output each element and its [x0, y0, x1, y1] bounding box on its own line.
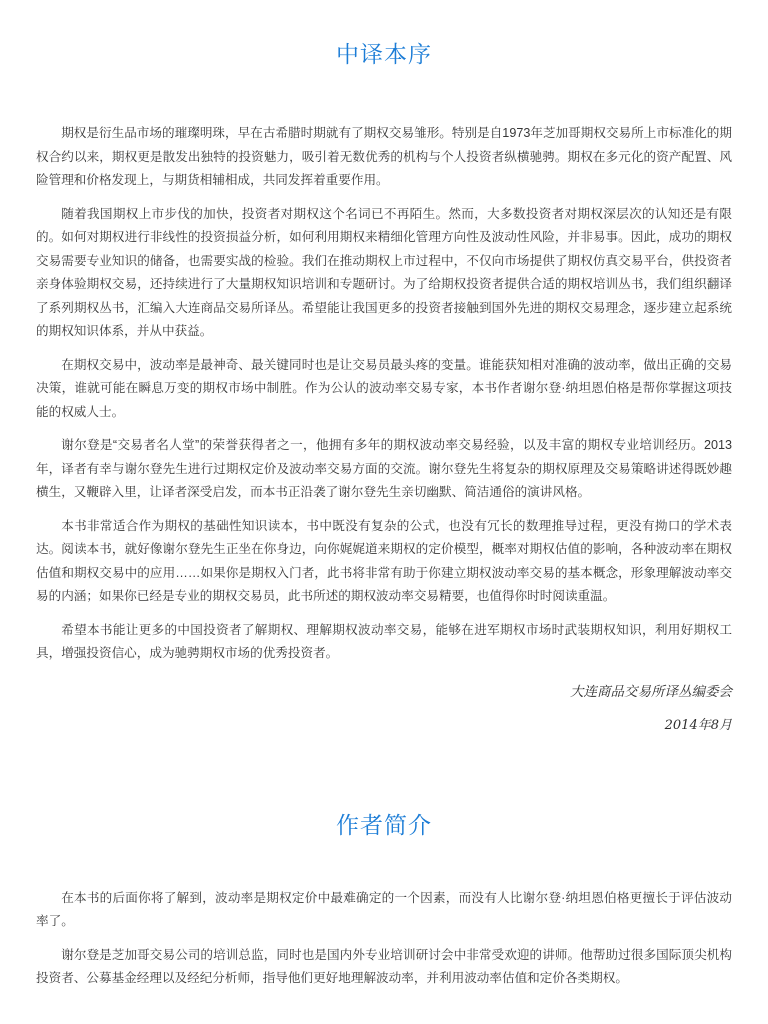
preface-paragraph-4: 谢尔登是“交易者名人堂”的荣誉获得者之一，他拥有多年的期权波动率交易经验，以及丰…	[36, 434, 732, 505]
preface-paragraph-3: 在期权交易中，波动率是最神奇、最关键同时也是让交易员最头疼的变量。谁能获知相对准…	[36, 354, 732, 425]
preface-paragraph-6: 希望本书能让更多的中国投资者了解期权、理解期权波动率交易，能够在进军期权市场时武…	[36, 619, 732, 666]
author-intro-paragraph-2: 谢尔登是芝加哥交易公司的培训总监，同时也是国内外专业培训研讨会中非常受欢迎的讲师…	[36, 944, 732, 991]
book-page: 中译本序 期权是衍生品市场的璀璨明珠，早在古希腊时期就有了期权交易雏形。特别是自…	[0, 0, 768, 1024]
signature: 大连商品交易所译丛编委会	[36, 682, 732, 702]
author-intro-paragraph-1: 在本书的后面你将了解到，波动率是期权定价中最难确定的一个因素，而没有人比谢尔登·…	[36, 887, 732, 934]
date: 2014年8月	[36, 716, 732, 736]
preface-paragraph-5: 本书非常适合作为期权的基础性知识读本，书中既没有复杂的公式，也没有冗长的数理推导…	[36, 515, 732, 609]
preface-paragraph-2: 随着我国期权上市步伐的加快，投资者对期权这个名词已不再陌生。然而，大多数投资者对…	[36, 203, 732, 344]
preface-title: 中译本序	[36, 39, 732, 70]
preface-paragraph-1: 期权是衍生品市场的璀璨明珠，早在古希腊时期就有了期权交易雏形。特别是自1973年…	[36, 122, 732, 193]
author-intro-title: 作者简介	[36, 810, 732, 841]
